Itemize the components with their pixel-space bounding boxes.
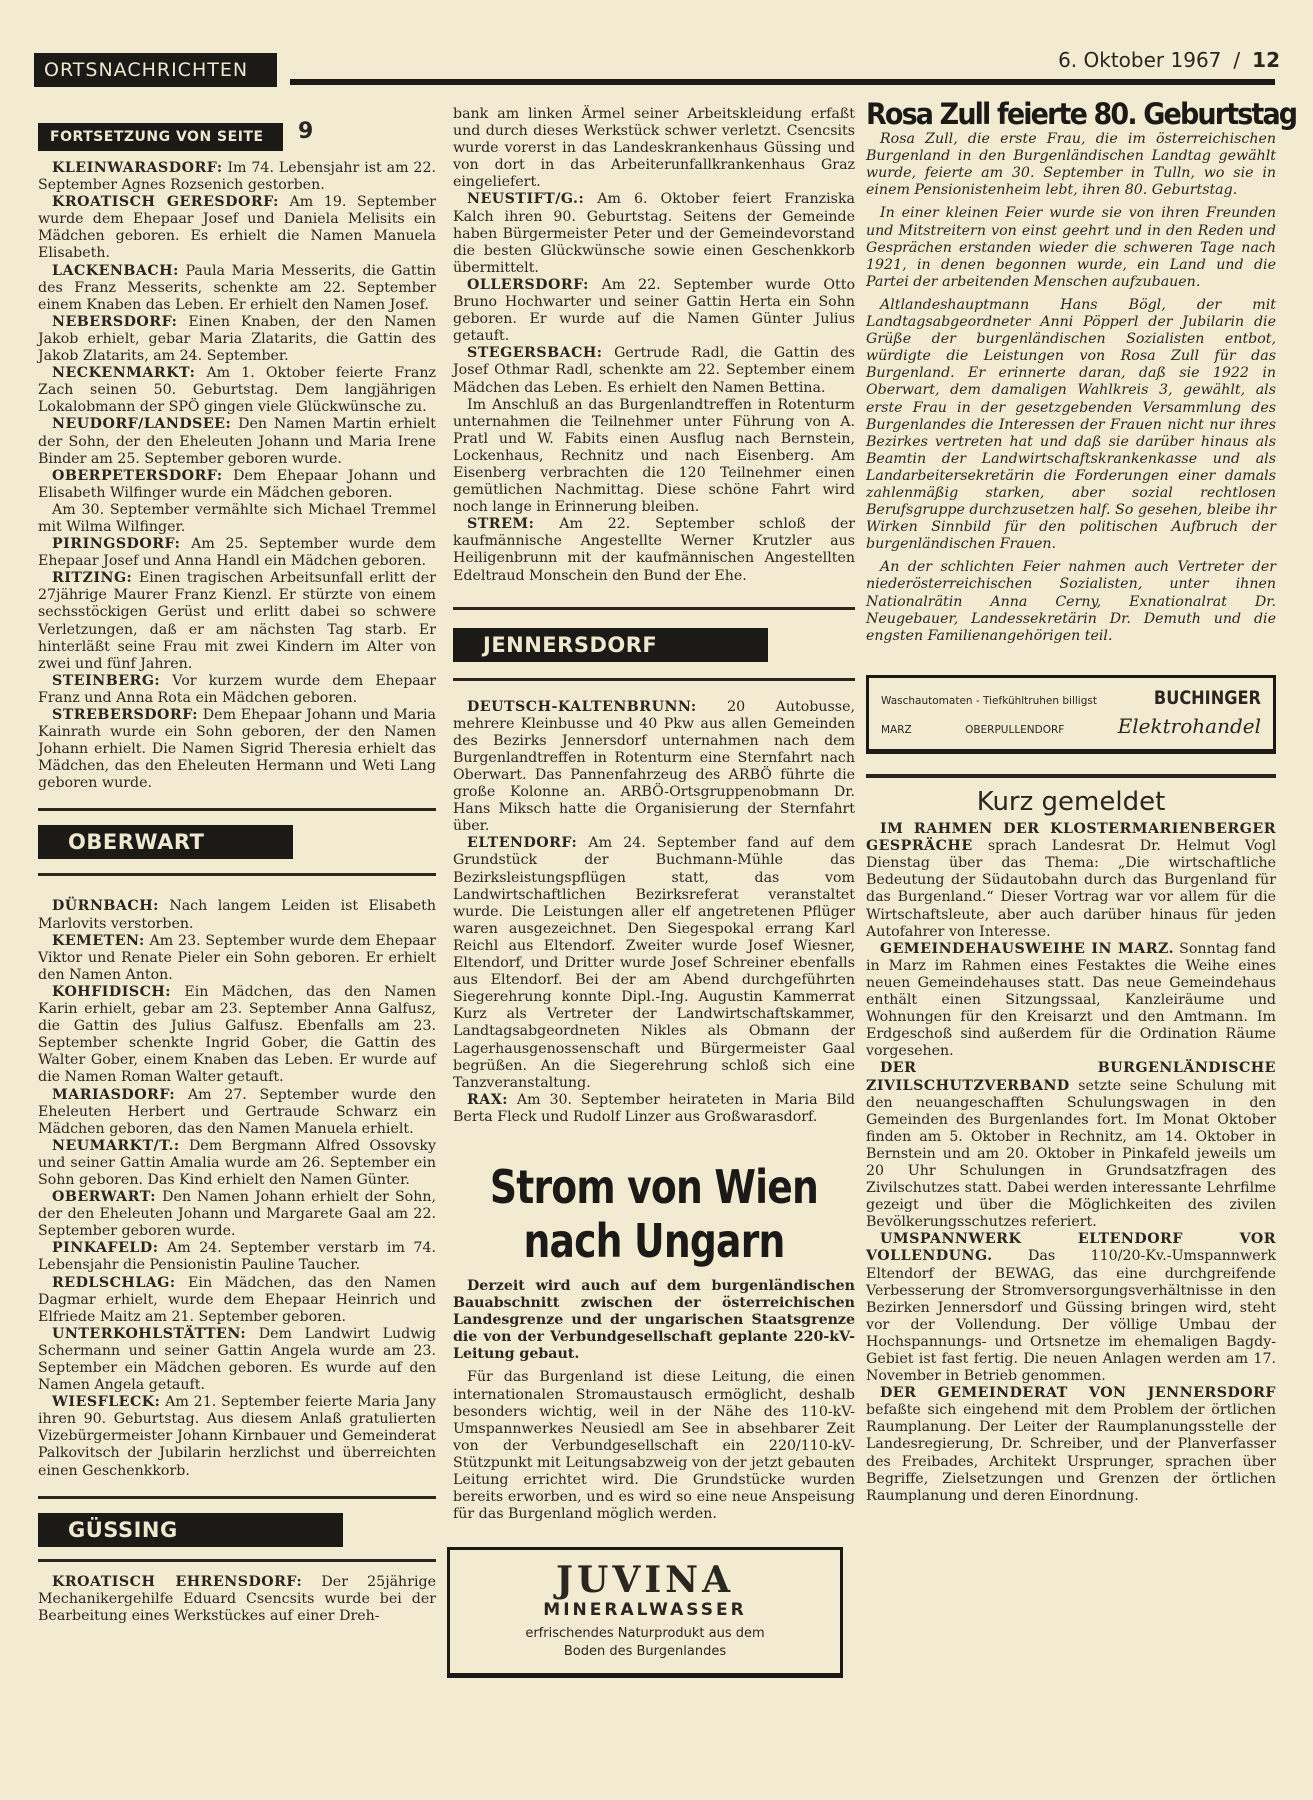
news-item-place: UNTERKOHLSTÄTTEN: [52, 1326, 246, 1342]
column-middle: bank am linken Ärmel seiner Arbeitskleid… [453, 106, 855, 1678]
kurz-item: GEMEINDEHAUSWEIHE IN MARZ. Sonntag fand … [866, 941, 1276, 1061]
news-item-place: STEGERSBACH: [467, 345, 603, 361]
continuation-page: 9 [298, 119, 313, 144]
kurz-item: DER GEMEINDERAT VON JENNERSDORF befaßte … [866, 1385, 1276, 1505]
news-item: LACKENBACH: Paula Maria Messerits, die G… [38, 263, 436, 314]
buchinger-trade: Elektrohandel [1118, 718, 1261, 735]
news-item-place: KOHFIDISCH: [52, 984, 171, 1000]
buchinger-offer: Waschautomaten - Tiefkühltruhen billigst [881, 693, 1097, 710]
kurz-item-text: Sonntag fand in Marz im Rahmen eines Fes… [866, 941, 1276, 1060]
news-item: PIRINGSDORF: Am 25. September wurde dem … [38, 536, 436, 570]
news-item-place: NECKENMARKT: [52, 365, 195, 381]
kurz-item: IM RAHMEN DER KLOSTERMARIENBERGER GESPRÄ… [866, 821, 1276, 941]
strom-body: Für das Burgenland ist diese Leitung, di… [453, 1369, 855, 1523]
news-item-place: PIRINGSDORF: [52, 536, 180, 552]
news-item-place: NEUSTIFT/G.: [467, 191, 584, 207]
news-item-place: PINKAFELD: [52, 1240, 158, 1256]
news-item-text: 20 Autobusse, mehrere Kleinbusse und 40 … [453, 699, 855, 835]
rosa-paragraph: Altlandeshauptmann Hans Bögl, der mit La… [866, 297, 1276, 553]
news-item: PINKAFELD: Am 24. September verstarb im … [38, 1240, 436, 1274]
kurz-item: UMSPANNWERK ELTENDORF VOR VOLLENDUNG. Da… [866, 1231, 1276, 1385]
kurz-item-text: befaßte sich eingehend mit dem Problem d… [866, 1402, 1276, 1503]
newspaper-page: ORTSNACHRICHTEN 6. Oktober 1967/12 FORTS… [0, 0, 1313, 1800]
rosa-headline: Rosa Zull feierte 80. Geburtstag [866, 106, 1247, 123]
guessing-news-cont-list: NEUSTIFT/G.: Am 6. Oktober feiert Franzi… [453, 191, 855, 584]
news-item-place: STREM: [467, 516, 534, 532]
news-item-place: LACKENBACH: [52, 263, 179, 279]
buchinger-town-2: OBERPULLENDORF [965, 722, 1064, 739]
news-item-place: OBERWART: [52, 1189, 156, 1205]
news-item: Am 30. September vermählte sich Michael … [38, 502, 436, 536]
news-item: KROATISCH EHRENSDORF: Der 25jährige Mech… [38, 1574, 436, 1625]
news-item: NEUMARKT/T.: Dem Bergmann Alfred Ossovsk… [38, 1138, 436, 1189]
rosa-paragraph: In einer kleinen Feier wurde sie von ihr… [866, 205, 1276, 290]
rosa-paragraph: Rosa Zull, die erste Frau, die im österr… [866, 131, 1276, 199]
juvina-advertisement[interactable]: JUVINA MINERALWASSER erfrischendes Natur… [447, 1547, 843, 1678]
kurz-item: DER BURGENLÄNDISCHE ZIVILSCHUTZVERBAND s… [866, 1060, 1276, 1231]
news-item-place: KROATISCH GERESDORF: [52, 194, 279, 210]
district-heading-oberwart: OBERWART [38, 825, 293, 859]
news-item: NEUSTIFT/G.: Am 6. Oktober feiert Franzi… [453, 191, 855, 276]
juvina-brand: JUVINA [458, 1560, 832, 1600]
news-item-place: NEUDORF/LANDSEE: [52, 416, 231, 432]
buchinger-row-1: Waschautomaten - Tiefkühltruhen billigst… [881, 690, 1261, 710]
news-item: OBERPETERSDORF: Dem Ehepaar Johann und E… [38, 468, 436, 502]
news-item: DEUTSCH-KALTENBRUNN: 20 Autobusse, mehre… [453, 699, 855, 836]
column-left: KLEINWARASDORF: Im 74. Lebensjahr ist am… [38, 160, 436, 1625]
news-item-place: RAX: [467, 1092, 508, 1108]
news-item-place: MARIASDORF: [52, 1087, 175, 1103]
news-item-place: NEBERSDORF: [52, 314, 177, 330]
news-item: STREM: Am 22. September schloß der kaufm… [453, 516, 855, 584]
juvina-product: MINERALWASSER [458, 1602, 832, 1619]
section-label: ORTSNACHRICHTEN [34, 53, 277, 87]
news-item: NECKENMARKT: Am 1. Oktober feierte Franz… [38, 365, 436, 416]
news-item-place: ELTENDORF: [467, 835, 577, 851]
news-item: STEGERSBACH: Gertrude Radl, die Gattin d… [453, 345, 855, 396]
issue-date: 6. Oktober 1967 [1058, 48, 1221, 72]
news-item: KEMETEN: Am 23. September wurde dem Ehep… [38, 933, 436, 984]
district-heading-jennersdorf: JENNERSDORF [453, 628, 768, 662]
kurz-gemeldet-heading: Kurz gemeldet [866, 794, 1276, 811]
news-item-text: Am 24. September fand auf dem Grundstück… [453, 835, 855, 1090]
news-item-text: Am 30. September vermählte sich Michael … [38, 502, 436, 535]
masthead-rule [290, 79, 1275, 85]
news-item: Im Anschluß an das Burgenlandtreffen in … [453, 397, 855, 517]
news-item-place: DEUTSCH-KALTENBRUNN: [467, 699, 697, 715]
news-item-place: STREBERSDORF: [52, 707, 198, 723]
news-item-place: OBERPETERSDORF: [52, 468, 223, 484]
juvina-tagline-2: Boden des Burgenlandes [458, 1643, 832, 1661]
buchinger-brand: BUCHINGER [1154, 690, 1261, 707]
date-separator: / [1233, 48, 1240, 72]
kurz-item-lead: GEMEINDEHAUSWEIHE IN MARZ. [880, 941, 1174, 957]
kurz-item-text: Das 110/20-Kv.-Umspannwerk Eltendorf der… [866, 1248, 1276, 1384]
buchinger-row-2: MARZ OBERPULLENDORF Elektrohandel [881, 718, 1261, 739]
kurz-gemeldet-list: IM RAHMEN DER KLOSTERMARIENBERGER GESPRÄ… [866, 821, 1276, 1505]
news-item: DÜRNBACH: Nach langem Leiden ist Elisabe… [38, 898, 436, 932]
news-item-place: KEMETEN: [52, 933, 145, 949]
strom-lead: Derzeit wird auch auf dem burgenländisch… [453, 1278, 855, 1363]
section-rule [866, 774, 1276, 778]
continued-text: bank am linken Ärmel seiner Arbeitskleid… [453, 106, 855, 191]
local-news-list: KLEINWARASDORF: Im 74. Lebensjahr ist am… [38, 160, 436, 792]
news-item: STREBERSDORF: Dem Ehepaar Johann und Mar… [38, 707, 436, 792]
strom-headline-line2: nach Ungarn [489, 1214, 819, 1268]
news-item: KROATISCH GERESDORF: Am 19. September wu… [38, 194, 436, 262]
jennersdorf-news-list: DEUTSCH-KALTENBRUNN: 20 Autobusse, mehre… [453, 699, 855, 1126]
continuation-label: FORTSETZUNG VON SEITE [38, 123, 283, 151]
news-item-place: WIESFLECK: [52, 1394, 160, 1410]
rosa-paragraph: An der schlichten Feier nahmen auch Vert… [866, 559, 1276, 644]
news-item: UNTERKOHLSTÄTTEN: Dem Landwirt Ludwig Sc… [38, 1326, 436, 1394]
news-item: RITZING: Einen tragischen Arbeitsunfall … [38, 570, 436, 673]
district-heading-guessing: GÜSSING [38, 1513, 343, 1547]
news-item-place: RITZING: [52, 570, 132, 586]
strom-headline-line1: Strom von Wien [489, 1160, 819, 1214]
news-item: OLLERSDORF: Am 22. September wurde Otto … [453, 277, 855, 345]
news-item-place: NEUMARKT/T.: [52, 1138, 180, 1154]
news-item-place: KROATISCH EHRENSDORF: [52, 1574, 302, 1590]
guessing-news-list: KROATISCH EHRENSDORF: Der 25jährige Mech… [38, 1574, 436, 1625]
news-item-place: REDLSCHLAG: [52, 1275, 176, 1291]
news-item-place: DÜRNBACH: [52, 898, 159, 914]
news-item: NEUDORF/LANDSEE: Den Namen Martin erhiel… [38, 416, 436, 467]
juvina-tagline-1: erfrischendes Naturprodukt aus dem [458, 1625, 832, 1643]
column-right: Rosa Zull feierte 80. Geburtstag Rosa Zu… [866, 106, 1276, 1505]
buchinger-town-1: MARZ [881, 722, 912, 739]
news-item-text: Am 30. September heirateten in Maria Bil… [453, 1092, 855, 1125]
news-item: STEINBERG: Vor kurzem wurde dem Ehepaar … [38, 673, 436, 707]
news-item: RAX: Am 30. September heirateten in Mari… [453, 1092, 855, 1126]
news-item-text: Im Anschluß an das Burgenlandtreffen in … [453, 397, 855, 516]
juvina-tagline: erfrischendes Naturprodukt aus dem Boden… [458, 1625, 832, 1661]
kurz-item-lead: DER GEMEINDERAT VON JENNERSDORF [880, 1385, 1276, 1401]
news-item: OBERWART: Den Namen Johann erhielt der S… [38, 1189, 436, 1240]
news-item-place: KLEINWARASDORF: [52, 160, 223, 176]
news-item: KLEINWARASDORF: Im 74. Lebensjahr ist am… [38, 160, 436, 194]
news-item: KOHFIDISCH: Ein Mädchen, das den Namen K… [38, 984, 436, 1087]
news-item: NEBERSDORF: Einen Knaben, der den Namen … [38, 314, 436, 365]
news-item: MARIASDORF: Am 27. September wurde den E… [38, 1087, 436, 1138]
rosa-article: Rosa Zull, die erste Frau, die im österr… [866, 131, 1276, 645]
news-item: REDLSCHLAG: Ein Mädchen, das den Namen D… [38, 1275, 436, 1326]
news-item-place: STEINBERG: [52, 673, 160, 689]
news-item-place: OLLERSDORF: [467, 277, 589, 293]
buchinger-advertisement[interactable]: Waschautomaten - Tiefkühltruhen billigst… [866, 675, 1276, 754]
news-item: ELTENDORF: Am 24. September fand auf dem… [453, 835, 855, 1091]
news-item: WIESFLECK: Am 21. September feierte Mari… [38, 1394, 436, 1479]
oberwart-news-list: DÜRNBACH: Nach langem Leiden ist Elisabe… [38, 898, 436, 1479]
date-line: 6. Oktober 1967/12 [1000, 48, 1280, 72]
strom-headline: Strom von Wien nach Ungarn [489, 1160, 819, 1268]
kurz-item-text: setzte seine Schulung mit den neuangesch… [866, 1078, 1276, 1231]
page-number: 12 [1252, 48, 1280, 72]
